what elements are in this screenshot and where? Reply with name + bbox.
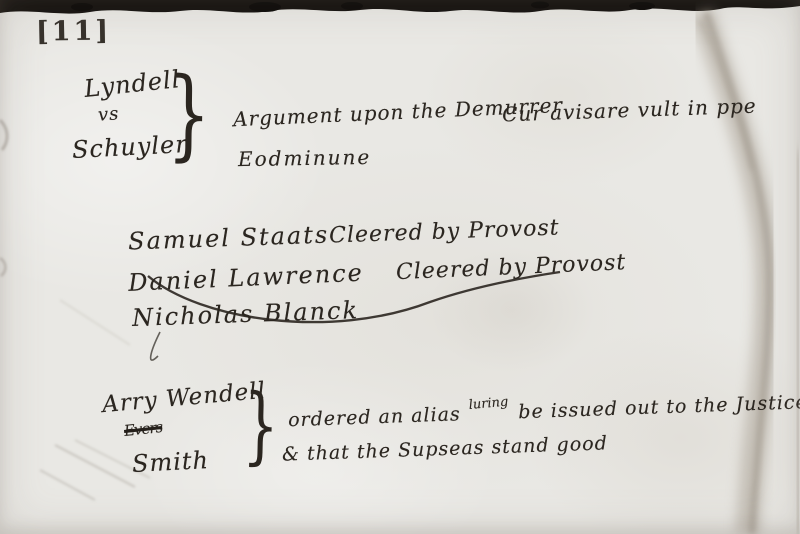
minute-entry-latin-line: Eodminune [238, 145, 372, 171]
order-brace: } [242, 384, 280, 470]
interlined-insert-word: luring [468, 395, 509, 413]
case-brace: } [167, 66, 211, 166]
versus-label: vs [97, 103, 120, 125]
second-case-party-2: Smith [131, 446, 209, 478]
pencil-scratches [0, 120, 150, 500]
folio-number: [11] [36, 15, 112, 47]
top-edge-tear [0, 0, 800, 14]
right-crease [700, 12, 799, 534]
manuscript-page: [11] Lyndell vs Schuyler } Argument upon… [0, 0, 800, 534]
